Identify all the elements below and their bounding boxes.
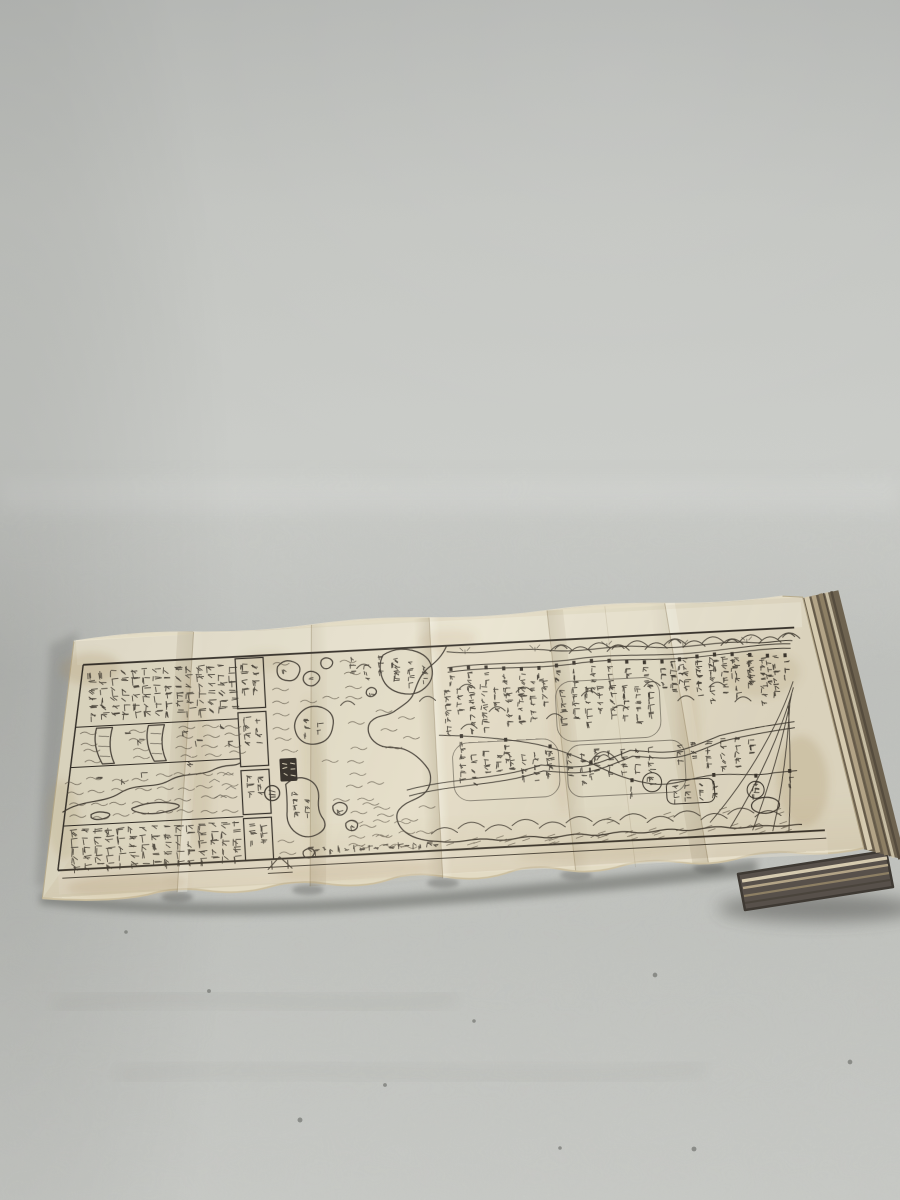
lint-speck (848, 1060, 853, 1065)
lint-speck (124, 930, 128, 934)
lint-speck (207, 989, 211, 993)
shadow-fold (161, 892, 193, 902)
lint-speck (558, 1146, 562, 1150)
photo (0, 0, 900, 1200)
shadow-fold (427, 878, 459, 888)
lint-speck (692, 1147, 697, 1152)
fabric-wrinkle (60, 998, 450, 1005)
lint-speck (298, 1118, 303, 1123)
shadow-fold (292, 885, 324, 895)
lint-speck (653, 973, 658, 978)
lint-speck (472, 1019, 476, 1023)
photo-canvas: Antique Japanese accordion-folded woodbl… (0, 0, 900, 1200)
lint-speck (383, 1083, 387, 1087)
vignette-left (0, 0, 300, 1200)
